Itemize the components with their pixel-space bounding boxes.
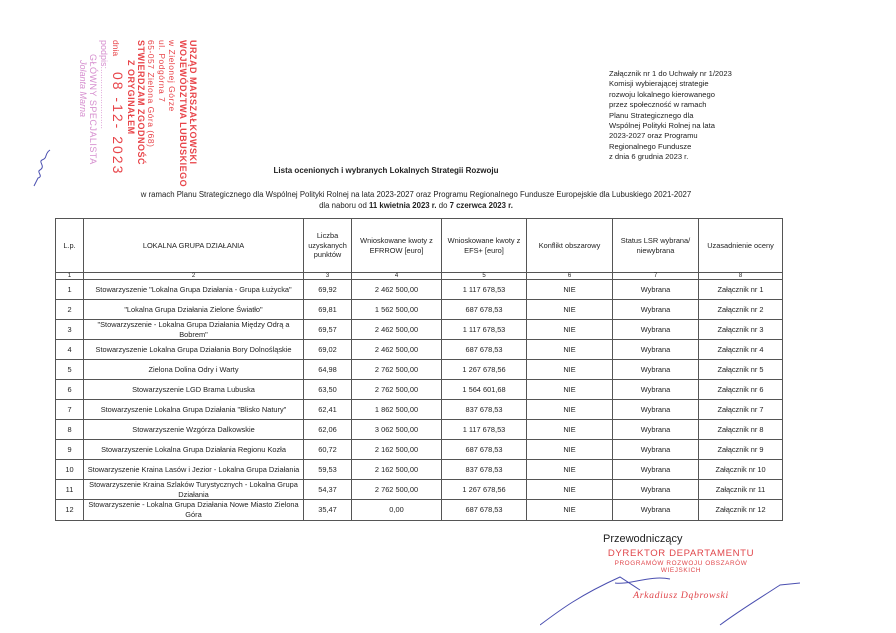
points-cell: 64,98 xyxy=(304,360,352,380)
area-conflict-cell: NIE xyxy=(527,300,613,320)
column-number: 5 xyxy=(442,273,527,280)
director-stamp: DYREKTOR DEPARTAMENTU PROGRAMÓW ROZWOJU … xyxy=(596,548,766,601)
column-number: 3 xyxy=(304,273,352,280)
column-number: 1 xyxy=(56,273,84,280)
table-body: 1Stowarzyszenie "Lokalna Grupa Działania… xyxy=(56,280,783,521)
table-row: 3"Stowarzyszenie - Lokalna Grupa Działan… xyxy=(56,320,783,340)
director-stamp-title: DYREKTOR DEPARTAMENTU xyxy=(596,548,766,559)
points-cell: 69,57 xyxy=(304,320,352,340)
document-title-text: Lista ocenionych i wybranych Lokalnych S… xyxy=(274,166,499,175)
efrrow-amount-cell: 2 162 500,00 xyxy=(352,460,442,480)
area-conflict-cell: NIE xyxy=(527,360,613,380)
column-header: Wnioskowane kwoty z EFS+ [euro] xyxy=(442,219,527,273)
points-cell: 62,41 xyxy=(304,400,352,420)
table-row: 8Stowarzyszenie Wzgórza Dalkowskie62,063… xyxy=(56,420,783,440)
lgd-name-cell: Stowarzyszenie Kraina Lasów i Jezior - L… xyxy=(84,460,304,480)
justification-cell: Załącznik nr 7 xyxy=(699,400,783,420)
table-row: 5Zielona Dolina Odry i Warty64,982 762 5… xyxy=(56,360,783,380)
area-conflict-cell: NIE xyxy=(527,440,613,460)
efs-amount-cell: 1 117 678,53 xyxy=(442,320,527,340)
subtitle-line-2: dla naboru od 11 kwietnia 2023 r. do 7 c… xyxy=(76,201,756,212)
column-header: Konflikt obszarowy xyxy=(527,219,613,273)
efrrow-amount-cell: 2 462 500,00 xyxy=(352,280,442,300)
justification-cell: Załącznik nr 8 xyxy=(699,420,783,440)
stamp-line: Z ORYGINAŁEM xyxy=(125,40,135,210)
column-number: 8 xyxy=(699,273,783,280)
lgd-name-cell: Stowarzyszenie "Lokalna Grupa Działania … xyxy=(84,280,304,300)
column-header: Wnioskowane kwoty z EFRROW [euro] xyxy=(352,219,442,273)
efrrow-amount-cell: 1 562 500,00 xyxy=(352,300,442,320)
row-number-cell: 4 xyxy=(56,340,84,360)
lsr-status-cell: Wybrana xyxy=(613,500,699,520)
stamp-official-name: Jolanta Marna xyxy=(78,40,88,210)
date-from: 11 kwietnia 2023 r. xyxy=(369,201,437,210)
stamp-line: 65-057 Zielona Góra (68) xyxy=(146,40,156,210)
annex-line: przez społeczność w ramach xyxy=(609,100,789,110)
stamp-signature-label: podpis:........................ xyxy=(98,40,108,210)
points-cell: 69,02 xyxy=(304,340,352,360)
lgd-name-cell: Zielona Dolina Odry i Warty xyxy=(84,360,304,380)
director-stamp-department: PROGRAMÓW ROZWOJU OBSZARÓW WIEJSKICH xyxy=(596,560,766,574)
points-cell: 69,81 xyxy=(304,300,352,320)
column-header: LOKALNA GRUPA DZIAŁANIA xyxy=(84,219,304,273)
efs-amount-cell: 687 678,53 xyxy=(442,340,527,360)
efrrow-amount-cell: 1 862 500,00 xyxy=(352,400,442,420)
lgd-name-cell: Stowarzyszenie Lokalna Grupa Działania R… xyxy=(84,440,304,460)
stamp-line: WOJEWÓDZTWA LUBUSKIEGO xyxy=(177,40,187,210)
stamp-line: w Zielonej Górze xyxy=(167,40,177,210)
efs-amount-cell: 1 117 678,53 xyxy=(442,420,527,440)
annex-line: Planu Strategicznego dla xyxy=(609,111,789,121)
justification-cell: Załącznik nr 5 xyxy=(699,360,783,380)
lgd-name-cell: Stowarzyszenie Wzgórza Dalkowskie xyxy=(84,420,304,440)
efs-amount-cell: 1 267 678,56 xyxy=(442,480,527,500)
efs-amount-cell: 1 267 678,56 xyxy=(442,360,527,380)
lsr-status-cell: Wybrana xyxy=(613,460,699,480)
efrrow-amount-cell: 3 062 500,00 xyxy=(352,420,442,440)
row-number-cell: 10 xyxy=(56,460,84,480)
row-number-cell: 5 xyxy=(56,360,84,380)
stamp-date: 08 -12- 2023 xyxy=(110,72,126,175)
area-conflict-cell: NIE xyxy=(527,400,613,420)
row-number-cell: 3 xyxy=(56,320,84,340)
efs-amount-cell: 687 678,53 xyxy=(442,300,527,320)
stamp-date-row: dnia 08 -12- 2023 xyxy=(111,40,123,210)
subtitle-mid: do xyxy=(437,201,450,210)
lsr-status-cell: Wybrana xyxy=(613,300,699,320)
row-number-cell: 9 xyxy=(56,440,84,460)
lsr-status-cell: Wybrana xyxy=(613,480,699,500)
table-row: 10Stowarzyszenie Kraina Lasów i Jezior -… xyxy=(56,460,783,480)
table-row: 7Stowarzyszenie Lokalna Grupa Działania … xyxy=(56,400,783,420)
justification-cell: Załącznik nr 2 xyxy=(699,300,783,320)
stamp-line: STWIERDZAM ZGODNOŚĆ xyxy=(136,40,146,210)
lgd-name-cell: Stowarzyszenie Kraina Szlaków Turystyczn… xyxy=(84,480,304,500)
efrrow-amount-cell: 0,00 xyxy=(352,500,442,520)
subtitle-line-1: w ramach Planu Strategicznego dla Wspóln… xyxy=(76,190,756,201)
row-number-cell: 7 xyxy=(56,400,84,420)
efrrow-amount-cell: 2 462 500,00 xyxy=(352,340,442,360)
document-subtitle: w ramach Planu Strategicznego dla Wspóln… xyxy=(76,190,756,211)
row-number-cell: 11 xyxy=(56,480,84,500)
justification-cell: Załącznik nr 1 xyxy=(699,280,783,300)
column-number: 6 xyxy=(527,273,613,280)
points-cell: 62,06 xyxy=(304,420,352,440)
annex-line: rozwoju lokalnego kierowanego xyxy=(609,90,789,100)
efs-amount-cell: 1 564 601,68 xyxy=(442,380,527,400)
area-conflict-cell: NIE xyxy=(527,500,613,520)
stamp-date-label: dnia xyxy=(111,40,121,56)
lsr-status-cell: Wybrana xyxy=(613,440,699,460)
lsr-status-cell: Wybrana xyxy=(613,320,699,340)
column-header: L.p. xyxy=(56,219,84,273)
row-number-cell: 1 xyxy=(56,280,84,300)
lsr-status-cell: Wybrana xyxy=(613,340,699,360)
efrrow-amount-cell: 2 762 500,00 xyxy=(352,480,442,500)
lsr-status-cell: Wybrana xyxy=(613,420,699,440)
stamp-official-title: GŁÓWNY SPECJALISTA xyxy=(88,40,98,210)
efrrow-amount-cell: 2 762 500,00 xyxy=(352,360,442,380)
annex-line: Wspólnej Polityki Rolnej na lata xyxy=(609,121,789,131)
justification-cell: Załącznik nr 3 xyxy=(699,320,783,340)
lsr-status-cell: Wybrana xyxy=(613,360,699,380)
table-row: 6Stowarzyszenie LGD Brama Lubuska63,502 … xyxy=(56,380,783,400)
justification-cell: Załącznik nr 4 xyxy=(699,340,783,360)
director-name: Arkadiusz Dąbrowski xyxy=(596,590,766,601)
efs-amount-cell: 837 678,53 xyxy=(442,400,527,420)
lsr-status-cell: Wybrana xyxy=(613,280,699,300)
date-to: 7 czerwca 2023 r. xyxy=(450,201,513,210)
table-row: 2"Lokalna Grupa Działania Zielone Światł… xyxy=(56,300,783,320)
column-header: Liczba uzyskanych punktów xyxy=(304,219,352,273)
efrrow-amount-cell: 2 762 500,00 xyxy=(352,380,442,400)
column-number: 7 xyxy=(613,273,699,280)
lsr-table: L.p.LOKALNA GRUPA DZIAŁANIALiczba uzyska… xyxy=(55,218,783,521)
column-header: Uzasadnienie oceny xyxy=(699,219,783,273)
justification-cell: Załącznik nr 11 xyxy=(699,480,783,500)
area-conflict-cell: NIE xyxy=(527,420,613,440)
efrrow-amount-cell: 2 162 500,00 xyxy=(352,440,442,460)
justification-cell: Załącznik nr 10 xyxy=(699,460,783,480)
certification-stamp: URZĄD MARSZAŁKOWSKI WOJEWÓDZTWA LUBUSKIE… xyxy=(58,40,198,210)
stamp-line: ul. Podgórna 7 xyxy=(156,40,166,210)
efs-amount-cell: 687 678,53 xyxy=(442,440,527,460)
annex-line: 2023-2027 oraz Programu xyxy=(609,131,789,141)
row-number-cell: 6 xyxy=(56,380,84,400)
lgd-name-cell: Stowarzyszenie LGD Brama Lubuska xyxy=(84,380,304,400)
annex-line: Załącznik nr 1 do Uchwały nr 1/2023 xyxy=(609,69,789,79)
efs-amount-cell: 1 117 678,53 xyxy=(442,280,527,300)
lgd-name-cell: "Stowarzyszenie - Lokalna Grupa Działani… xyxy=(84,320,304,340)
points-cell: 59,53 xyxy=(304,460,352,480)
area-conflict-cell: NIE xyxy=(527,380,613,400)
column-number-row: 12345678 xyxy=(56,273,783,280)
lgd-name-cell: Stowarzyszenie Lokalna Grupa Działania B… xyxy=(84,340,304,360)
document-title: Lista ocenionych i wybranych Lokalnych S… xyxy=(0,166,896,175)
efs-amount-cell: 687 678,53 xyxy=(442,500,527,520)
points-cell: 63,50 xyxy=(304,380,352,400)
table-row: 11Stowarzyszenie Kraina Szlaków Turystyc… xyxy=(56,480,783,500)
annex-line: Regionalnego Fundusze xyxy=(609,142,789,152)
points-cell: 69,92 xyxy=(304,280,352,300)
table-header-row: L.p.LOKALNA GRUPA DZIAŁANIALiczba uzyska… xyxy=(56,219,783,273)
area-conflict-cell: NIE xyxy=(527,480,613,500)
table-row: 4Stowarzyszenie Lokalna Grupa Działania … xyxy=(56,340,783,360)
efrrow-amount-cell: 2 462 500,00 xyxy=(352,320,442,340)
row-number-cell: 8 xyxy=(56,420,84,440)
lgd-name-cell: Stowarzyszenie - Lokalna Grupa Działania… xyxy=(84,500,304,520)
efs-amount-cell: 837 678,53 xyxy=(442,460,527,480)
lgd-name-cell: "Lokalna Grupa Działania Zielone Światło… xyxy=(84,300,304,320)
annex-line: Komisji wybierającej strategie xyxy=(609,79,789,89)
table-row: 1Stowarzyszenie "Lokalna Grupa Działania… xyxy=(56,280,783,300)
points-cell: 60,72 xyxy=(304,440,352,460)
row-number-cell: 2 xyxy=(56,300,84,320)
row-number-cell: 12 xyxy=(56,500,84,520)
subtitle-prefix: dla naboru od xyxy=(319,201,369,210)
lsr-status-cell: Wybrana xyxy=(613,380,699,400)
chairman-label: Przewodniczący xyxy=(603,533,682,545)
lgd-name-cell: Stowarzyszenie Lokalna Grupa Działania "… xyxy=(84,400,304,420)
area-conflict-cell: NIE xyxy=(527,340,613,360)
column-header: Status LSR wybrana/ niewybrana xyxy=(613,219,699,273)
annex-header: Załącznik nr 1 do Uchwały nr 1/2023 Komi… xyxy=(609,69,789,163)
table-row: 12Stowarzyszenie - Lokalna Grupa Działan… xyxy=(56,500,783,520)
annex-line: z dnia 6 grudnia 2023 r. xyxy=(609,152,789,162)
justification-cell: Załącznik nr 9 xyxy=(699,440,783,460)
lsr-status-cell: Wybrana xyxy=(613,400,699,420)
justification-cell: Załącznik nr 12 xyxy=(699,500,783,520)
area-conflict-cell: NIE xyxy=(527,280,613,300)
column-number: 2 xyxy=(84,273,304,280)
justification-cell: Załącznik nr 6 xyxy=(699,380,783,400)
area-conflict-cell: NIE xyxy=(527,460,613,480)
table-row: 9Stowarzyszenie Lokalna Grupa Działania … xyxy=(56,440,783,460)
points-cell: 54,37 xyxy=(304,480,352,500)
column-number: 4 xyxy=(352,273,442,280)
area-conflict-cell: NIE xyxy=(527,320,613,340)
points-cell: 35,47 xyxy=(304,500,352,520)
stamp-line: URZĄD MARSZAŁKOWSKI xyxy=(188,40,198,210)
